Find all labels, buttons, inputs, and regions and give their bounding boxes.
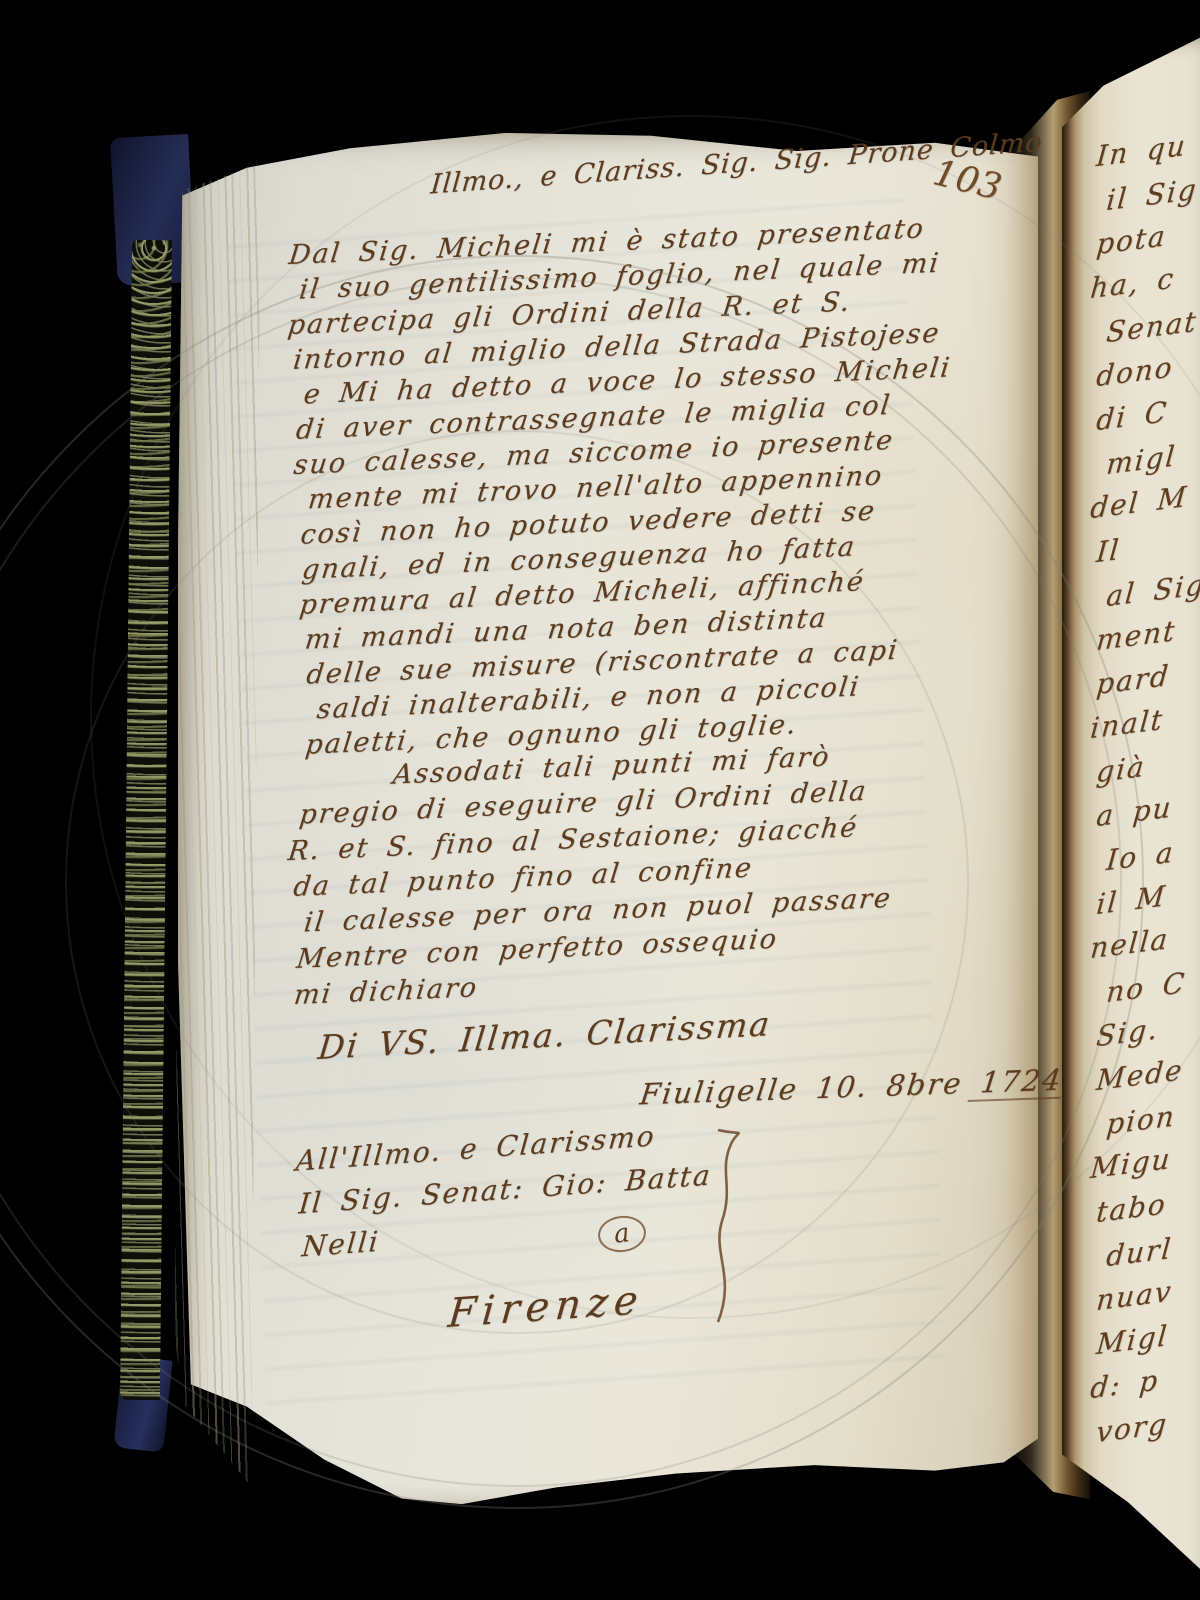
right-page-text-fragments: In quil Sigpotaha, cSenatdonodi Cmigldel… bbox=[1096, 140, 1200, 1460]
body-paragraph-1: Dal Sig. Micheli mi è stato presentatoil… bbox=[288, 212, 966, 764]
body-paragraph-2: Assodati tali punti mi faròpregio di ese… bbox=[288, 739, 895, 1016]
bracket-flourish bbox=[688, 1126, 758, 1330]
marbled-cover-edge bbox=[120, 240, 172, 1400]
manuscript-photo: Illmo., e Clariss. Sig. Sig. Prone Colmo… bbox=[0, 0, 1200, 1600]
